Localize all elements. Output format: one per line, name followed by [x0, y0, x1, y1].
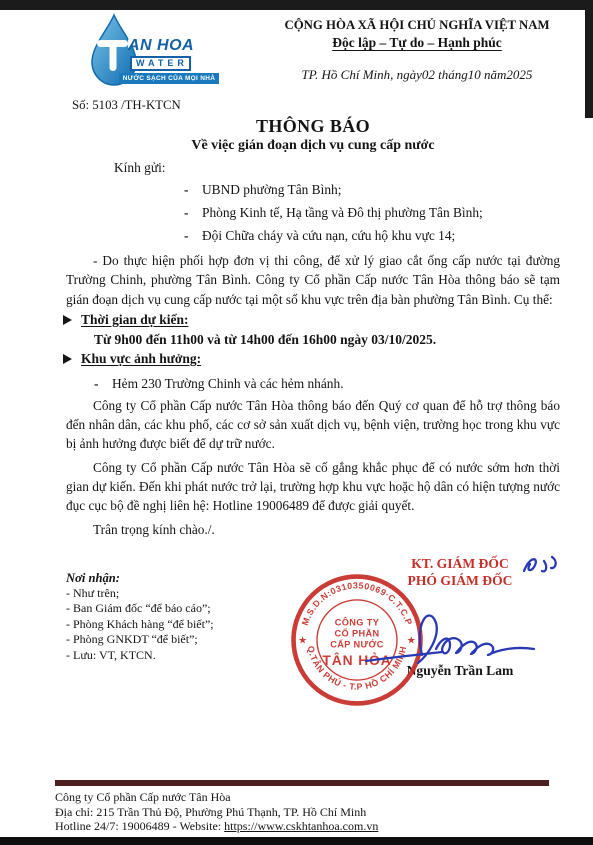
area-section-label: Khu vực ảnh hưởng:	[81, 351, 201, 367]
company-logo: AN HOA WATER NƯỚC SẠCH CỦA MỌI NHÀ	[86, 13, 226, 89]
area-section-value: -Hẻm 230 Trường Chinh và các hẻm nhánh.	[66, 376, 560, 392]
scan-edge-bottom	[0, 837, 593, 845]
logo-water-text: WATER	[130, 56, 191, 71]
recipient-item: -Đội Chữa cháy và cứu nạn, cứu hộ khu vự…	[184, 224, 560, 247]
intro-paragraph: - Do thực hiện phối hợp đơn vị thi công,…	[66, 251, 560, 309]
body-paragraph: Công ty Cổ phần Cấp nước Tân Hòa thông b…	[66, 396, 560, 454]
signature-image	[364, 597, 549, 687]
logo-brand-text: AN HOA	[128, 37, 194, 55]
footer-website-link[interactable]: https://www.cskhtanhoa.com.vn	[224, 819, 378, 833]
document-header: AN HOA WATER NƯỚC SẠCH CỦA MỌI NHÀ Số: 5…	[66, 0, 560, 113]
area-section-header: Khu vực ảnh hưởng:	[66, 351, 560, 367]
signature-initial-mark	[518, 549, 578, 579]
national-header: CỘNG HÒA XÃ HỘI CHỦ NGHĨA VIỆT NAM	[274, 18, 560, 33]
list-dash: -	[184, 224, 202, 247]
footer-address: Địa chỉ: 215 Trần Thủ Độ, Phường Phú Thạ…	[55, 805, 549, 820]
salutation: Kính gửi:	[66, 160, 560, 176]
distribution-list: Nơi nhận: - Như trên; - Ban Giám đốc “để…	[66, 571, 214, 664]
list-dash: -	[184, 201, 202, 224]
distribution-item: - Phòng Khách hàng “để biết”;	[66, 617, 214, 633]
recipient-text: Phòng Kinh tế, Hạ tầng và Đô thị phường …	[202, 205, 483, 220]
document-number: Số: 5103 /TH-KTCN	[72, 98, 274, 113]
recipient-item: -UBND phường Tân Bình;	[184, 178, 560, 201]
national-motto: Độc lập – Tự do – Hạnh phúc	[274, 35, 560, 51]
recipient-text: UBND phường Tân Bình;	[202, 182, 341, 197]
distribution-item: - Lưu: VT, KTCN.	[66, 648, 214, 664]
time-section-value: Từ 9h00 đến 11h00 và từ 14h00 đến 16h00 …	[66, 332, 560, 348]
footer-hotline: Hotline 24/7: 19006489 - Website:	[55, 819, 224, 833]
closing-line: Trân trọng kính chào./.	[66, 520, 560, 539]
arrow-bullet-icon	[63, 354, 72, 364]
place-date-line: TP. Hồ Chí Minh, ngày02 tháng10 năm2025	[274, 67, 560, 83]
arrow-bullet-icon	[63, 315, 72, 325]
recipient-item: -Phòng Kinh tế, Hạ tầng và Đô thị phường…	[184, 201, 560, 224]
area-text: Hẻm 230 Trường Chinh và các hẻm nhánh.	[112, 376, 344, 391]
footer-divider-bar	[55, 780, 549, 786]
scan-edge-right	[585, 0, 593, 118]
list-dash: -	[94, 376, 112, 392]
recipient-text: Đội Chữa cháy và cứu nạn, cứu hộ khu vực…	[202, 228, 455, 243]
distribution-item: - Phòng GNKDT “để biết”;	[66, 632, 214, 648]
body-paragraph: Công ty Cổ phần Cấp nước Tân Hòa sẽ cố g…	[66, 458, 560, 516]
footer-contact: Hotline 24/7: 19006489 - Website: https:…	[55, 819, 549, 834]
header-right-column: CỘNG HÒA XÃ HỘI CHỦ NGHĨA VIỆT NAM Độc l…	[274, 13, 560, 113]
document-subtitle: Về việc gián đoạn dịch vụ cung cấp nước	[66, 138, 560, 154]
footer-company: Công ty Cổ phần Cấp nước Tân Hòa	[55, 790, 549, 805]
scan-edge-top	[0, 0, 593, 10]
distribution-item: - Ban Giám đốc “để báo cáo”;	[66, 601, 214, 617]
logo-tagline: NƯỚC SẠCH CỦA MỌI NHÀ	[119, 73, 219, 84]
header-left-column: AN HOA WATER NƯỚC SẠCH CỦA MỌI NHÀ Số: 5…	[66, 13, 274, 113]
recipient-list: -UBND phường Tân Bình; -Phòng Kinh tế, H…	[66, 178, 560, 247]
time-section-label: Thời gian dự kiến:	[81, 312, 189, 328]
stamp-star-icon: ★	[298, 636, 307, 647]
document-footer: Công ty Cổ phần Cấp nước Tân Hòa Địa chỉ…	[55, 780, 549, 834]
distribution-item: - Như trên;	[66, 586, 214, 602]
distribution-label: Nơi nhận:	[66, 571, 214, 586]
document-title: THÔNG BÁO	[66, 116, 560, 137]
document-page: AN HOA WATER NƯỚC SẠCH CỦA MỌI NHÀ Số: 5…	[0, 0, 593, 845]
signature-block: Nơi nhận: - Như trên; - Ban Giám đốc “để…	[66, 545, 560, 737]
list-dash: -	[184, 178, 202, 201]
time-section-header: Thời gian dự kiến:	[66, 312, 560, 328]
